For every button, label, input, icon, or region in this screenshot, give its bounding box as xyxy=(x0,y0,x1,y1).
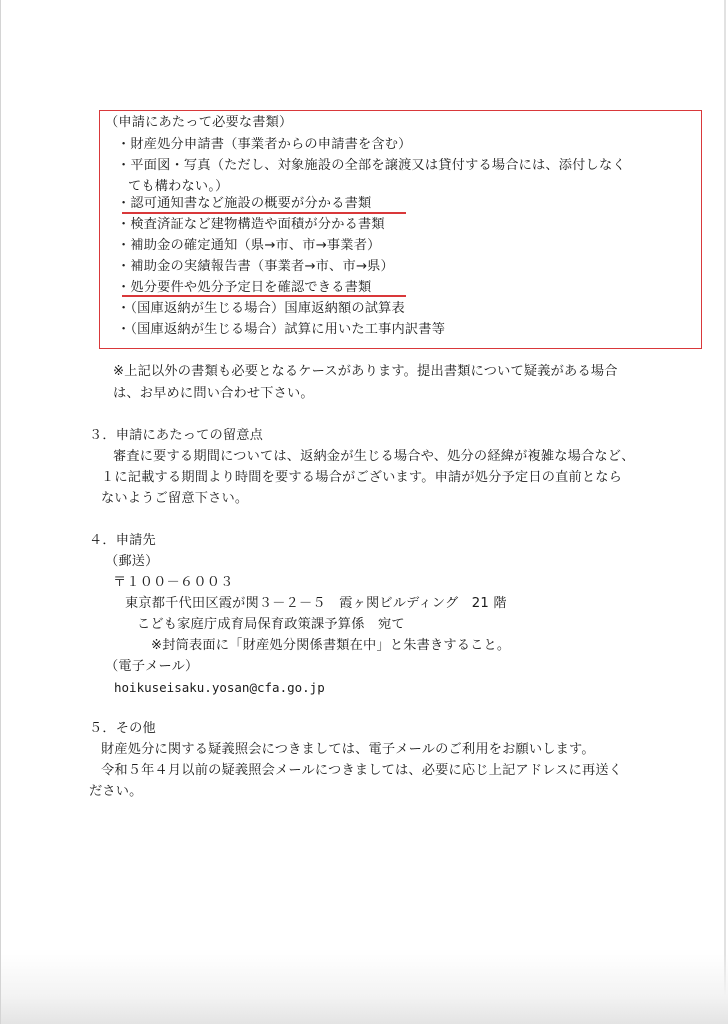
note-line: ※上記以外の書類も必要となるケースがあります。提出書類について疑義がある場合 xyxy=(113,364,618,380)
mail-recipient: こども家庭庁成育局保育政策課予算係 宛て xyxy=(137,617,405,633)
contact-email: hoikuseisaku.yosan@cfa.go.jp xyxy=(114,680,325,696)
red-underline xyxy=(122,295,406,297)
red-underline xyxy=(122,212,406,214)
required-document-item: ・平面図・写真（ただし、対象施設の全部を譲渡又は貸付する場合には、添付しなく xyxy=(117,158,626,174)
page-bottom-shadow xyxy=(1,954,728,1024)
section5-paragraph-line: 令和５年４月以前の疑義照会メールにつきましては、必要に応じ上記アドレスに再送く xyxy=(101,763,622,779)
required-document-item: ・検査済証など建物構造や面積が分かる書類 xyxy=(117,217,385,233)
postal-code: 〒１００－６００３ xyxy=(113,575,234,591)
section3-paragraph-line: １に記載する期間より時間を要する場合がございます。申請が処分予定日の直前となら xyxy=(101,470,622,486)
section3-title: ３．申請にあたっての留意点 xyxy=(89,428,263,444)
section3-paragraph-line: 審査に要する期間については、返納金が生じる場合や、処分の経緯が複雑な場合など、 xyxy=(113,449,635,465)
required-document-item-continued: ても構わない。） xyxy=(128,179,229,195)
required-document-item-highlighted: ・認可通知書など施設の概要が分かる書類 xyxy=(117,196,371,212)
section5-title: ５．その他 xyxy=(89,721,156,737)
note-line: は、お早めに問い合わせ下さい。 xyxy=(113,386,314,402)
page-right-edge xyxy=(724,0,726,1024)
required-document-item: ・財産処分申請書（事業者からの申請書を含む） xyxy=(117,137,412,153)
mail-label: （郵送） xyxy=(105,554,159,570)
section5-paragraph-line: ださい。 xyxy=(89,784,143,800)
mailing-address: 東京都千代田区霞が関３－２－５ 霞ヶ関ビルディング 21 階 xyxy=(125,596,507,612)
required-document-item: ・補助金の実績報告書（事業者→市、市→県） xyxy=(117,259,394,275)
section5-paragraph-line: 財産処分に関する疑義照会につきましては、電子メールのご利用をお願いします。 xyxy=(101,742,595,758)
document-page: （申請にあたって必要な書類） ・財産処分申請書（事業者からの申請書を含む） ・平… xyxy=(0,0,728,1024)
section3-paragraph-line: ないようご留意下さい。 xyxy=(101,491,248,507)
envelope-note: ※封筒表面に「財産処分関係書類在中」と朱書きすること。 xyxy=(151,638,510,654)
required-document-item-highlighted: ・処分要件や処分予定日を確認できる書類 xyxy=(117,280,371,296)
required-document-item: ・補助金の確定通知（県→市、市→事業者） xyxy=(117,238,380,254)
section4-title: ４．申請先 xyxy=(89,533,156,549)
required-document-item: ・（国庫返納が生じる場合）国庫返納額の試算表 xyxy=(117,301,405,317)
required-documents-heading: （申請にあたって必要な書類） xyxy=(105,115,292,131)
required-document-item: ・（国庫返納が生じる場合）試算に用いた工事内訳書等 xyxy=(117,322,445,338)
email-label: （電子メール） xyxy=(105,659,198,675)
